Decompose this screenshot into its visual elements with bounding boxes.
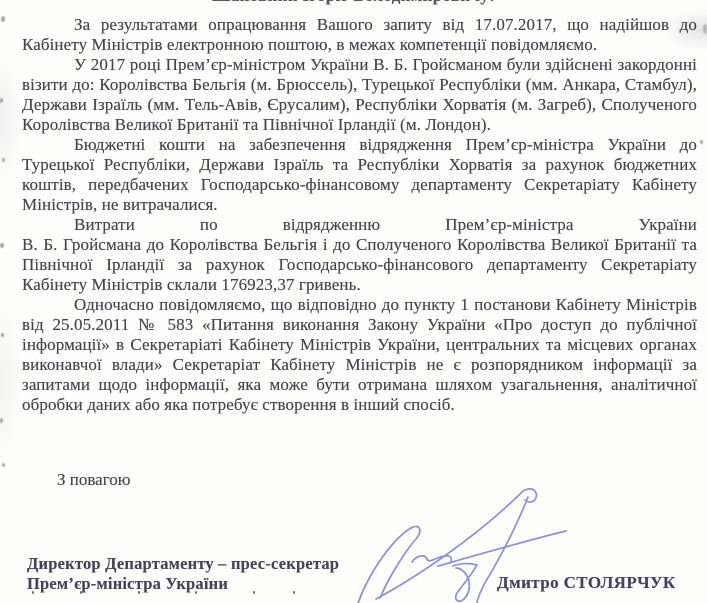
scan-speck bbox=[0, 243, 4, 248]
scan-speck bbox=[2, 158, 5, 162]
scan-dot bbox=[195, 591, 197, 594]
scan-dot bbox=[80, 591, 82, 594]
scan-dot bbox=[32, 591, 34, 594]
paragraph-budget-funds: Бюджетні кошти на забезпечення відряджен… bbox=[22, 135, 697, 215]
greeting-text: Шановний Ігорю Володимировичу! bbox=[0, 0, 707, 4]
scan-speck bbox=[0, 98, 3, 103]
paragraph-expenses: Витрати по відрядженню Прем’єр-міністра … bbox=[22, 215, 697, 295]
paragraph-expenses-first-line: Витрати по відрядженню Прем’єр-міністра … bbox=[22, 215, 697, 235]
paragraph-expenses-rest: В. Б. Гройсмана до Королівства Бельгія і… bbox=[22, 235, 697, 295]
handwritten-signature bbox=[280, 480, 620, 603]
scanned-letter-page: Шановний Ігорю Володимировичу! За резуль… bbox=[0, 0, 707, 603]
closing-salutation: З повагою bbox=[57, 470, 130, 490]
paragraph-intro: За результатами опрацювання Вашого запит… bbox=[22, 15, 697, 55]
scan-dot bbox=[293, 591, 295, 594]
scan-dot bbox=[138, 591, 140, 594]
scan-speck bbox=[0, 418, 3, 423]
letter-body: За результатами опрацювання Вашого запит… bbox=[22, 15, 697, 415]
paragraph-legal-basis: Одночасно повідомляємо, що відповідно до… bbox=[22, 295, 697, 415]
scan-speck bbox=[700, 140, 703, 144]
scan-speck bbox=[703, 24, 707, 34]
scan-dot bbox=[253, 591, 255, 594]
scan-speck bbox=[1, 333, 4, 337]
scan-speck bbox=[2, 463, 5, 467]
greeting-clipped-line: Шановний Ігорю Володимировичу! bbox=[0, 0, 707, 5]
paragraph-visits: У 2017 році Прем’єр-міністром України В.… bbox=[22, 55, 697, 135]
scan-speck bbox=[1, 16, 5, 22]
